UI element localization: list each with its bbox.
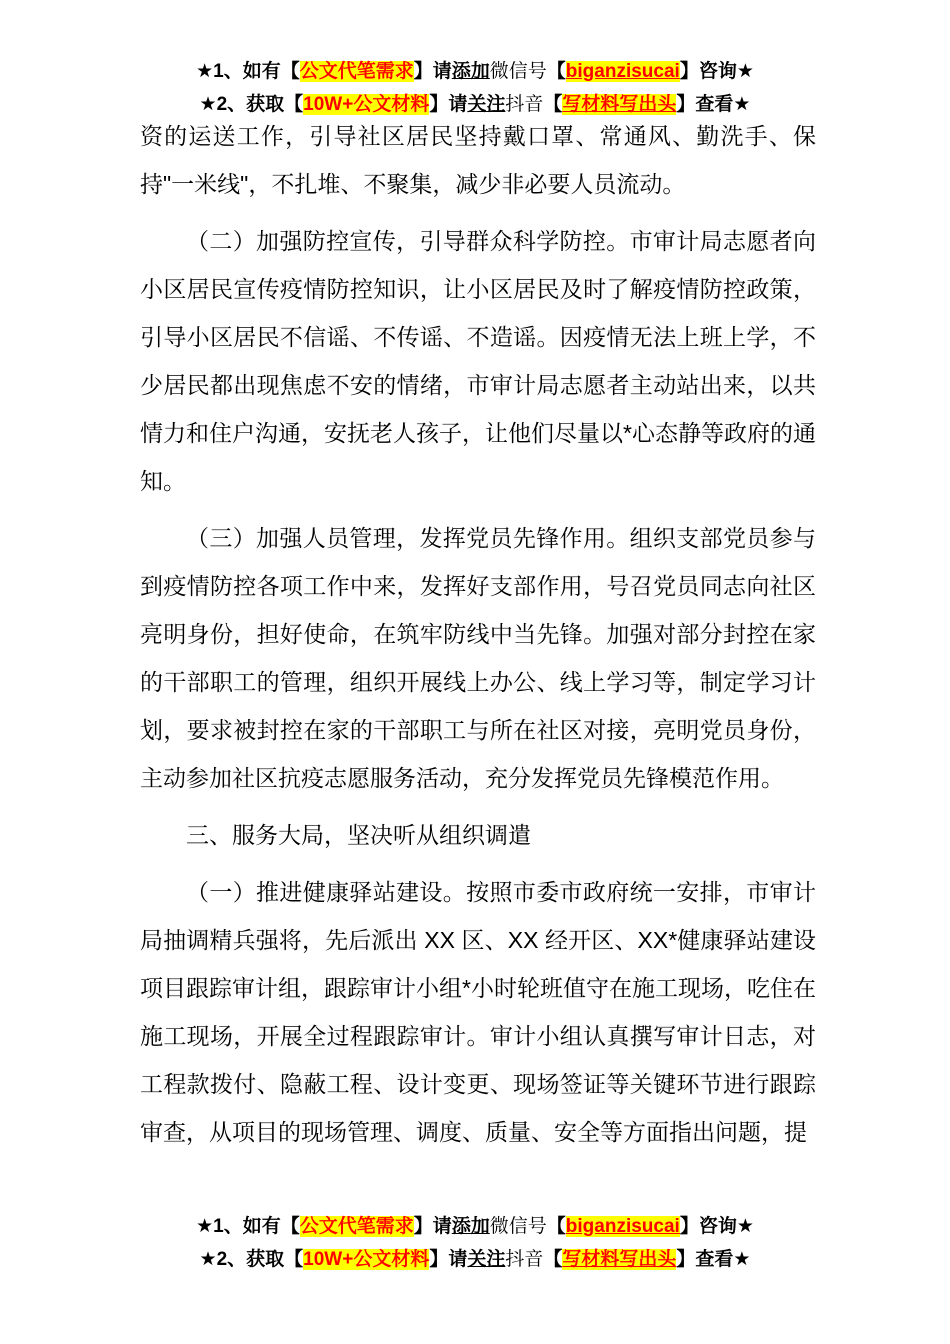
paragraph-continuation: 资的运送工作，引导社区居民坚持戴口罩、常通风、勤洗手、保持"一米线"，不扎堆、不…: [140, 112, 816, 208]
promo-text: 】咨询★: [680, 61, 754, 82]
promo-text: ★1、如有【: [196, 61, 300, 82]
promo-text: 【: [543, 1249, 562, 1270]
paragraph: （一）推进健康驿站建设。按照市委市政府统一安排，市审计局抽调精兵强将，先后派出 …: [140, 868, 816, 1156]
wechat-id-text: biganzisucai: [566, 1216, 680, 1237]
promo-text: 抖音: [505, 1249, 543, 1270]
promo-text: 】请: [414, 1216, 452, 1237]
promo-text: 】咨询★: [680, 1216, 754, 1237]
promo-text: 】查看★: [676, 1249, 750, 1270]
wechat-id-text: biganzisucai: [566, 61, 680, 82]
promo-text: 微信号: [490, 61, 547, 82]
footer-promo: ★1、如有【公文代笔需求】请添加微信号【biganzisucai】咨询★ ★2、…: [0, 1210, 950, 1276]
paragraph: （二）加强防控宣传，引导群众科学防控。市审计局志愿者向小区居民宣传疫情防控知识，…: [140, 217, 816, 505]
document-page: ★1、如有【公文代笔需求】请添加微信号【biganzisucai】咨询★ ★2、…: [0, 0, 950, 1344]
promo-highlight-text: 公文代笔需求: [300, 61, 414, 82]
promo-underline-text: 添加: [452, 61, 490, 82]
footer-promo-line-2: ★2、获取【10W+公文材料】请关注抖音【写材料写出头】查看★: [0, 1243, 950, 1276]
douyin-id-text: 写材料写出头: [562, 1249, 676, 1270]
promo-text: 【: [547, 61, 566, 82]
promo-text: 微信号: [490, 1216, 547, 1237]
footer-promo-line-1: ★1、如有【公文代笔需求】请添加微信号【biganzisucai】咨询★: [0, 1210, 950, 1243]
paragraph: （三）加强人员管理，发挥党员先锋作用。组织支部党员参与到疫情防控各项工作中来，发…: [140, 514, 816, 802]
promo-text: ★2、获取【: [200, 1249, 304, 1270]
promo-highlight-text: 公文代笔需求: [300, 1216, 414, 1237]
promo-text: 】请: [414, 61, 452, 82]
promo-underline-text: 添加: [452, 1216, 490, 1237]
promo-text: 【: [547, 1216, 566, 1237]
promo-text: ★1、如有【: [196, 1216, 300, 1237]
header-promo-line-1: ★1、如有【公文代笔需求】请添加微信号【biganzisucai】咨询★: [0, 55, 950, 88]
promo-highlight-text: 10W+公文材料: [303, 1249, 429, 1270]
section-heading: 三、服务大局，坚决听从组织调遣: [140, 811, 816, 859]
document-body: 资的运送工作，引导社区居民坚持戴口罩、常通风、勤洗手、保持"一米线"，不扎堆、不…: [140, 112, 816, 1165]
promo-underline-text: 关注: [467, 1249, 505, 1270]
promo-text: 】请: [429, 1249, 467, 1270]
